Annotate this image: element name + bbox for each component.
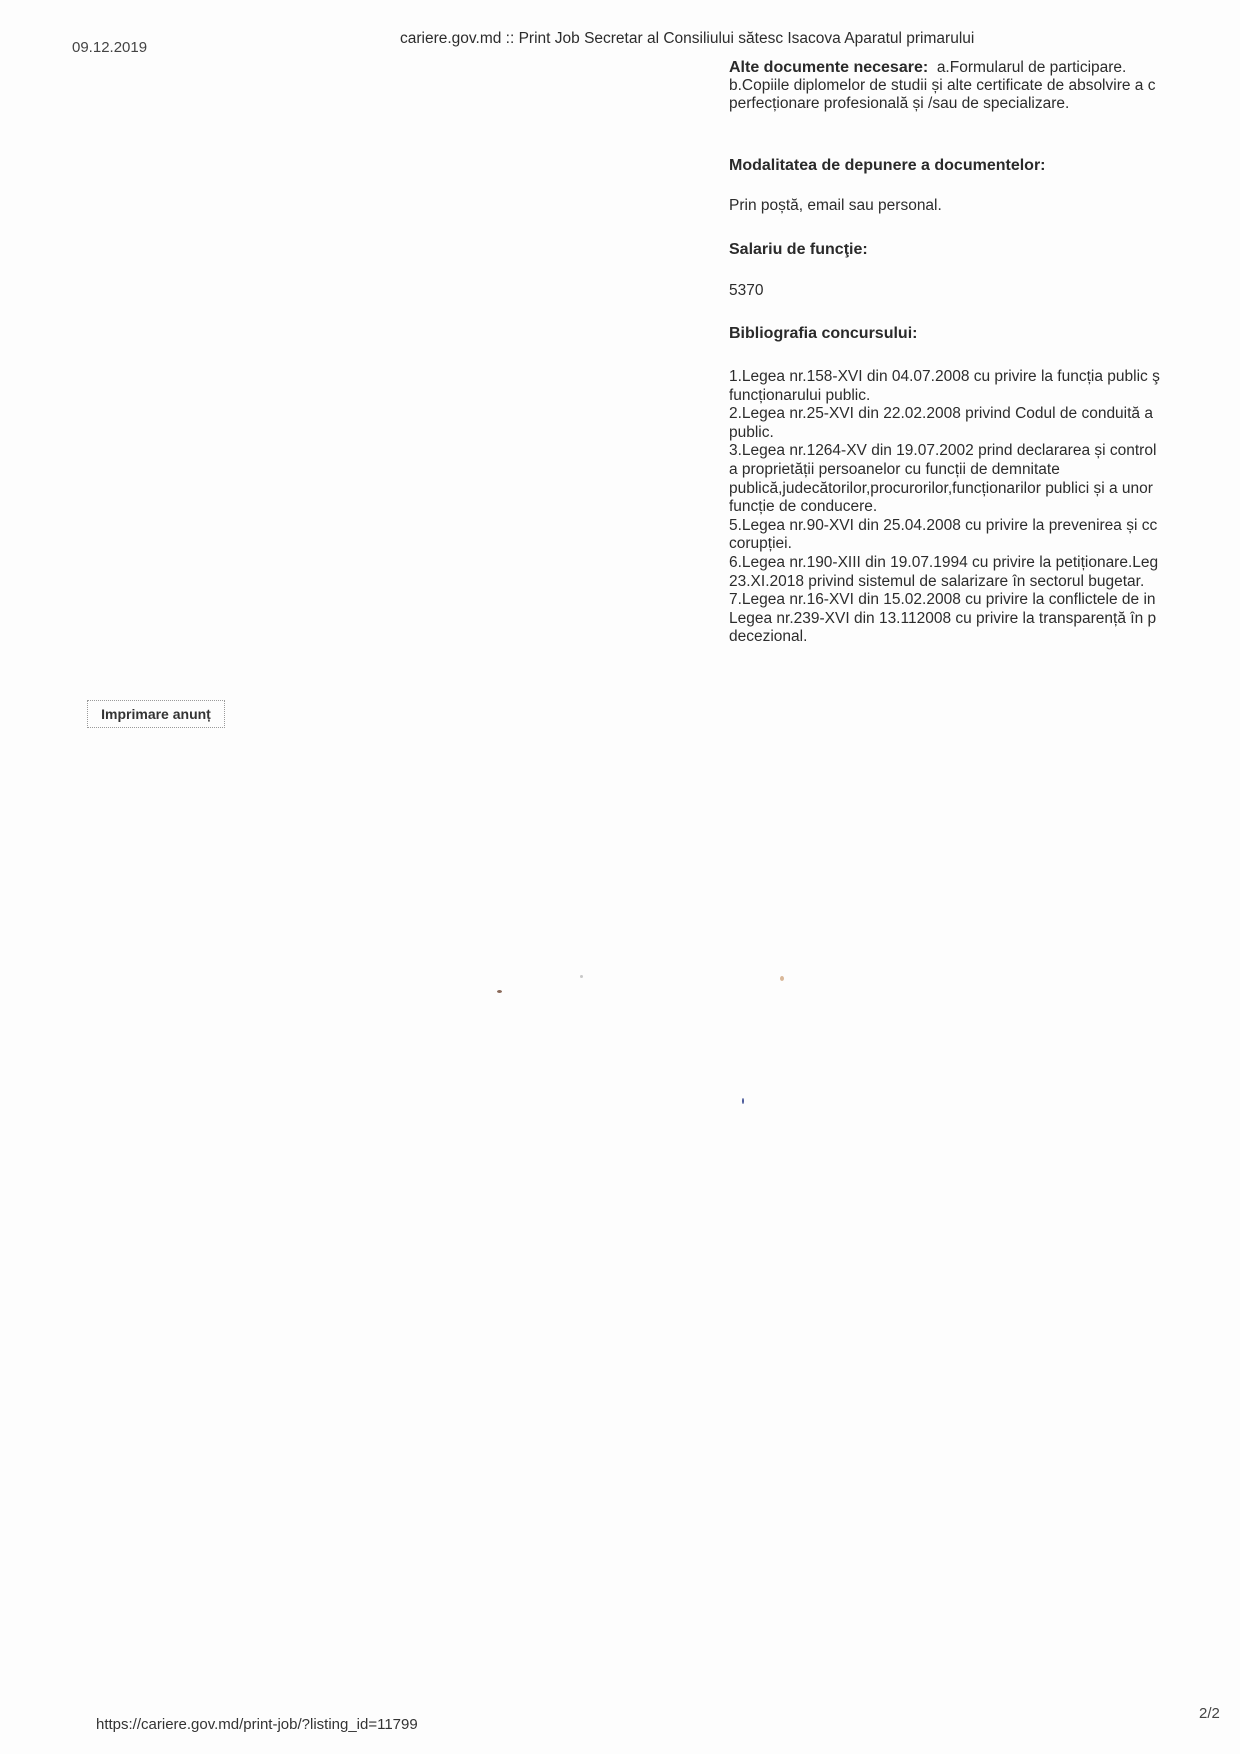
- bibliography-line: 1.Legea nr.158-XVI din 04.07.2008 cu pri…: [729, 368, 1240, 387]
- bibliography-line: funcționarului public.: [729, 387, 1240, 406]
- salary-value: 5370: [729, 282, 1240, 300]
- bibliography-line: a proprietății persoanelor cu funcții de…: [729, 461, 1240, 480]
- scan-speck: [742, 1098, 744, 1104]
- other-documents-item: b.Copiile diplomelor de studii și alte c…: [729, 77, 1240, 95]
- print-announcement-button[interactable]: Imprimare anunț: [87, 700, 225, 728]
- bibliography-line: 5.Legea nr.90-XVI din 25.04.2008 cu priv…: [729, 517, 1240, 536]
- job-details-column: Alte documente necesare: a.Formularul de…: [729, 59, 1240, 647]
- other-documents-first-line: Alte documente necesare: a.Formularul de…: [729, 59, 1240, 77]
- other-documents-label: Alte documente necesare:: [729, 59, 928, 76]
- print-page-number: 2/2: [1199, 1705, 1220, 1722]
- salary-heading: Salariu de funcţie:: [729, 241, 1240, 259]
- bibliography-line: decezional.: [729, 628, 1240, 647]
- bibliography-line: 7.Legea nr.16-XVI din 15.02.2008 cu priv…: [729, 591, 1240, 610]
- bibliography-line: 3.Legea nr.1264-XV din 19.07.2002 prind …: [729, 442, 1240, 461]
- bibliography-list: 1.Legea nr.158-XVI din 04.07.2008 cu pri…: [729, 368, 1240, 647]
- print-date: 09.12.2019: [72, 39, 147, 56]
- bibliography-line: publică,judecătorilor,procurorilor,funcț…: [729, 480, 1240, 499]
- other-documents-item: perfecționare profesională și /sau de sp…: [729, 95, 1240, 113]
- bibliography-line: public.: [729, 424, 1240, 443]
- print-page-title: cariere.gov.md :: Print Job Secretar al …: [400, 30, 974, 48]
- scan-speck: [780, 976, 784, 981]
- bibliography-line: 23.XI.2018 privind sistemul de salarizar…: [729, 573, 1240, 592]
- print-footer-url: https://cariere.gov.md/print-job/?listin…: [96, 1716, 418, 1733]
- bibliography-line: 2.Legea nr.25-XVI din 22.02.2008 privind…: [729, 405, 1240, 424]
- submission-method-heading: Modalitatea de depunere a documentelor:: [729, 157, 1240, 175]
- scan-speck: [497, 990, 502, 993]
- bibliography-line: funcție de conducere.: [729, 498, 1240, 517]
- scan-speck: [580, 975, 583, 978]
- bibliography-line: 6.Legea nr.190-XIII din 19.07.1994 cu pr…: [729, 554, 1240, 573]
- bibliography-line: corupției.: [729, 535, 1240, 554]
- bibliography-heading: Bibliografia concursului:: [729, 325, 1240, 343]
- submission-method-value: Prin poștă, email sau personal.: [729, 197, 1240, 215]
- bibliography-line: Legea nr.239-XVI din 13.112008 cu privir…: [729, 610, 1240, 629]
- other-documents-item: a.Formularul de participare.: [937, 59, 1127, 76]
- other-documents-section: Alte documente necesare: a.Formularul de…: [729, 59, 1240, 113]
